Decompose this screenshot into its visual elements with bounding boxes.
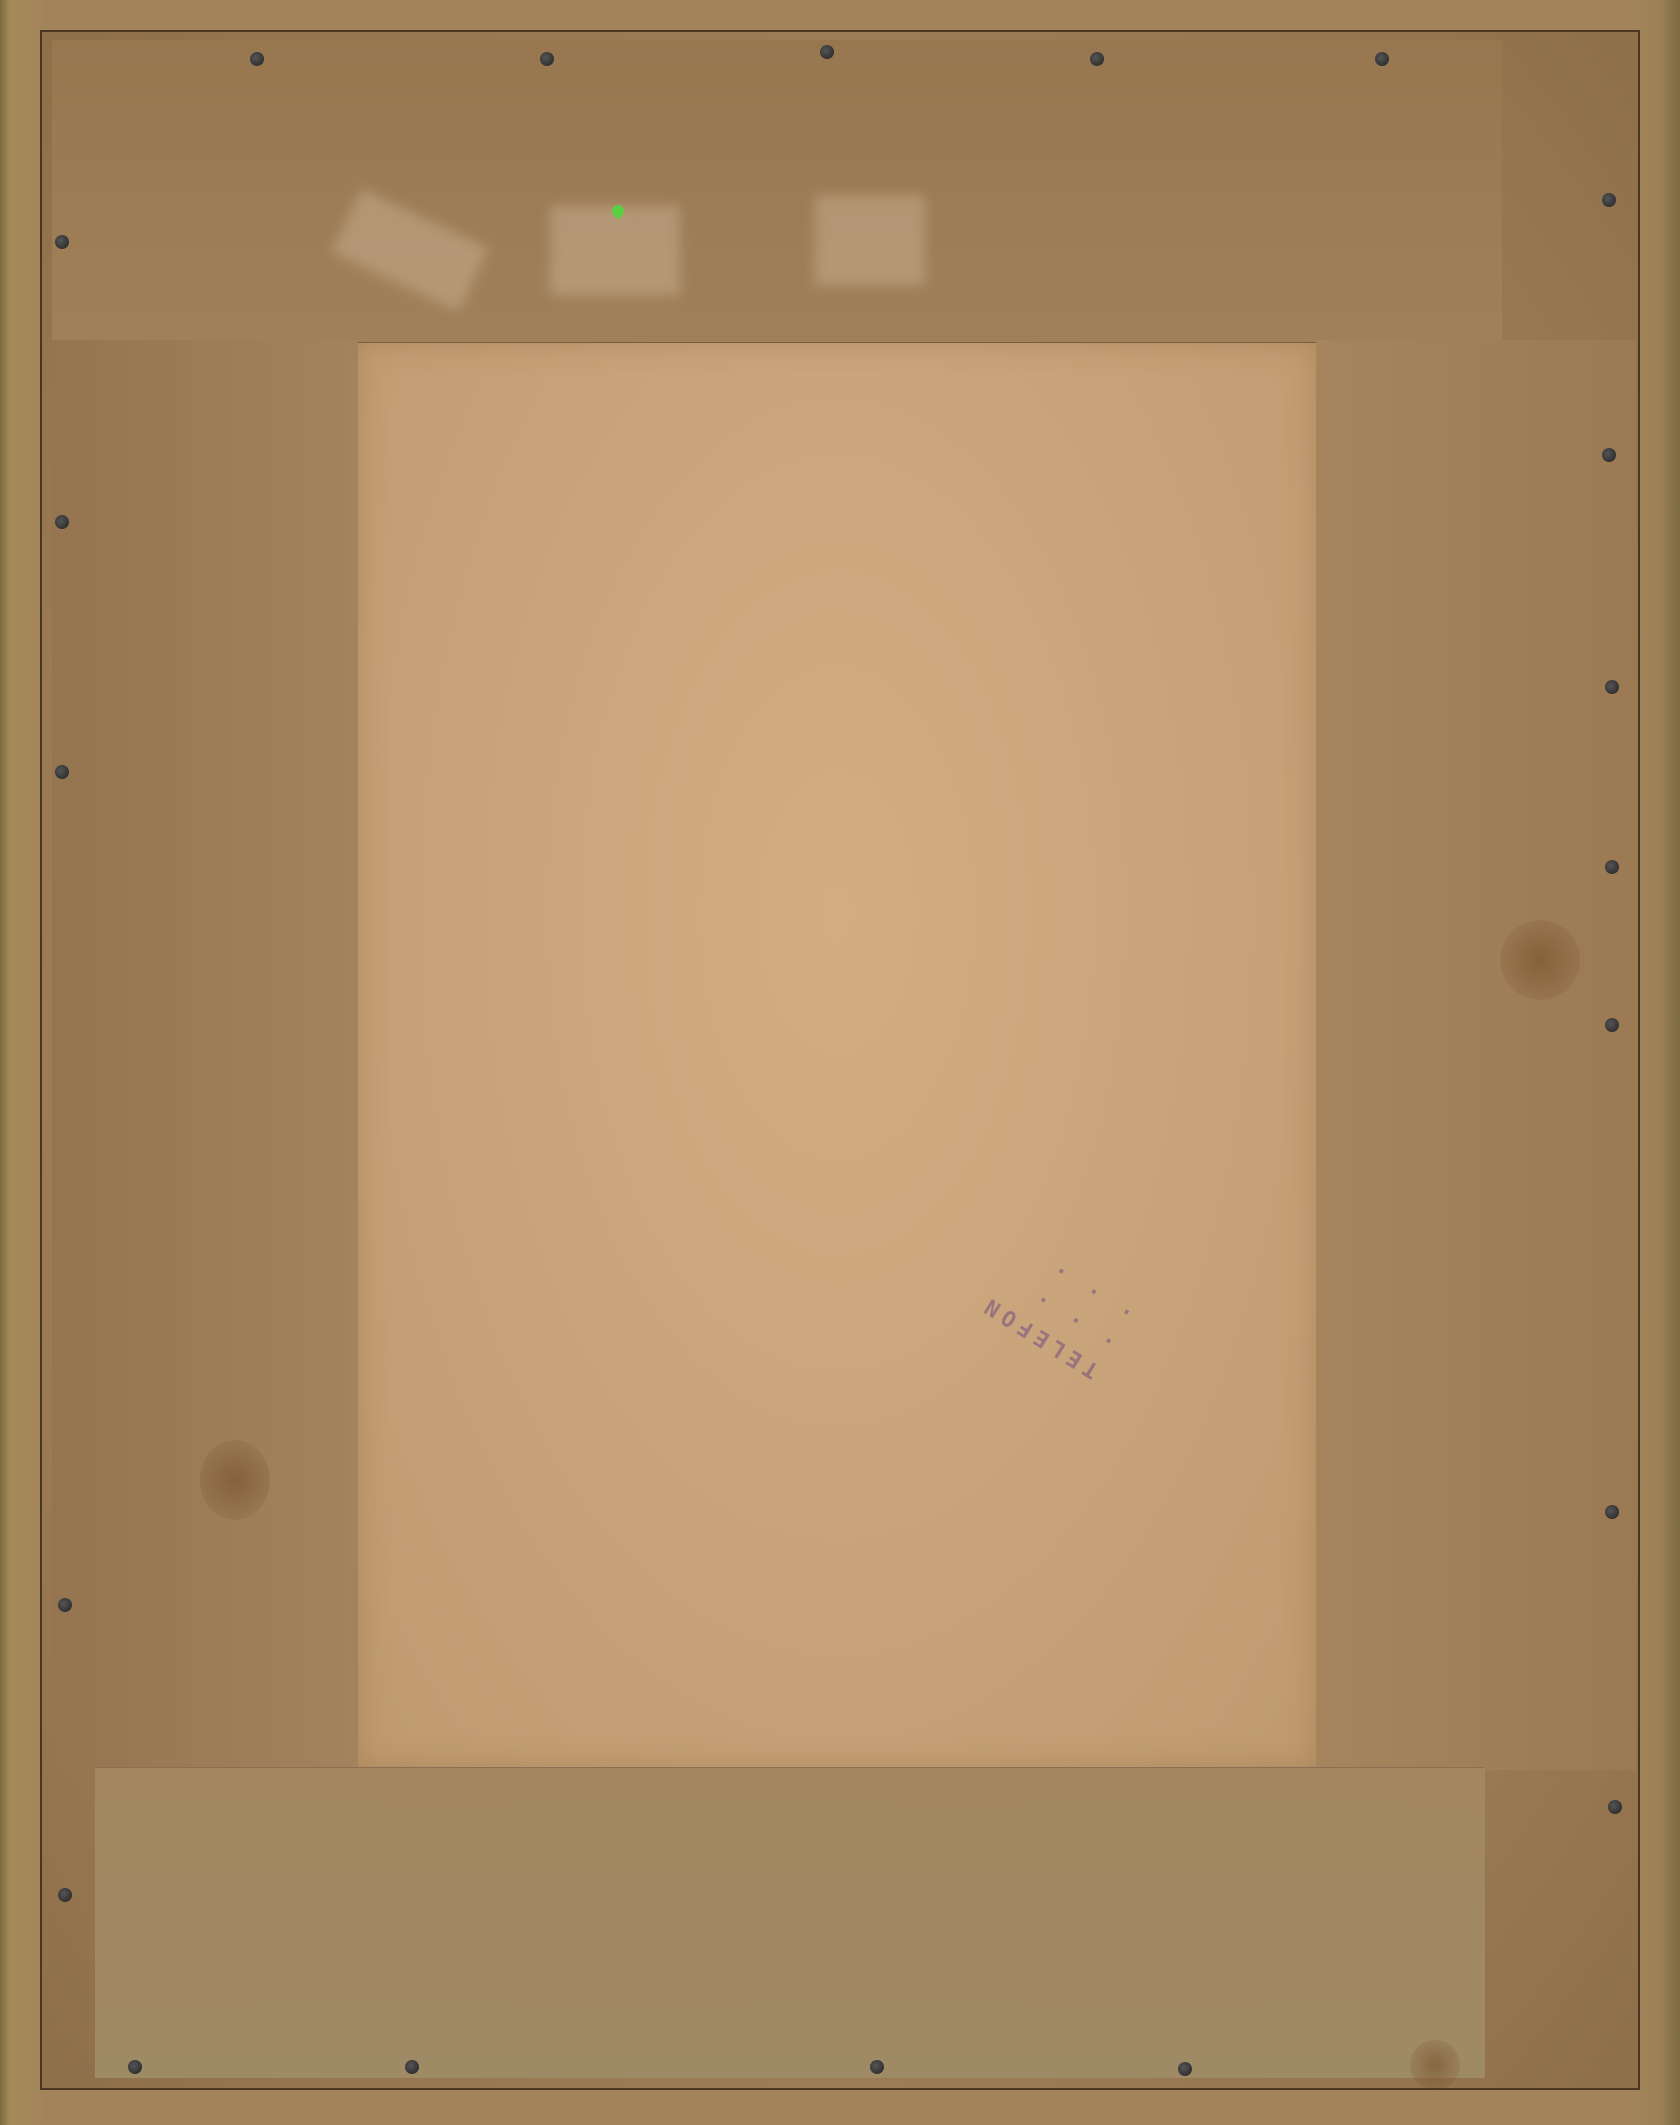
stain: [1410, 2040, 1460, 2090]
nail: [1602, 193, 1616, 207]
tape-strip-left: [52, 340, 358, 1770]
nail: [1178, 2062, 1192, 2076]
tape-strip-top: [52, 40, 1502, 343]
scuff-mark: [550, 205, 680, 295]
central-paper-panel: [358, 343, 1316, 1767]
nail: [1605, 680, 1619, 694]
nail: [1602, 448, 1616, 462]
nail: [55, 235, 69, 249]
stain: [1500, 920, 1580, 1000]
nail: [58, 1598, 72, 1612]
tape-strip-bottom: [95, 1767, 1485, 2078]
nail: [55, 515, 69, 529]
scuff-mark: [815, 195, 925, 285]
nail: [820, 45, 834, 59]
nail: [1375, 52, 1389, 66]
nail: [250, 52, 264, 66]
nail: [870, 2060, 884, 2074]
nail: [1090, 52, 1104, 66]
nail: [540, 52, 554, 66]
nail: [1608, 1800, 1622, 1814]
nail: [405, 2060, 419, 2074]
stain: [200, 1440, 270, 1520]
nail: [55, 765, 69, 779]
nail: [1605, 1018, 1619, 1032]
nail: [128, 2060, 142, 2074]
tape-strip-right: [1316, 340, 1636, 1770]
nail: [58, 1888, 72, 1902]
nail: [1605, 1505, 1619, 1519]
nail: [1605, 860, 1619, 874]
